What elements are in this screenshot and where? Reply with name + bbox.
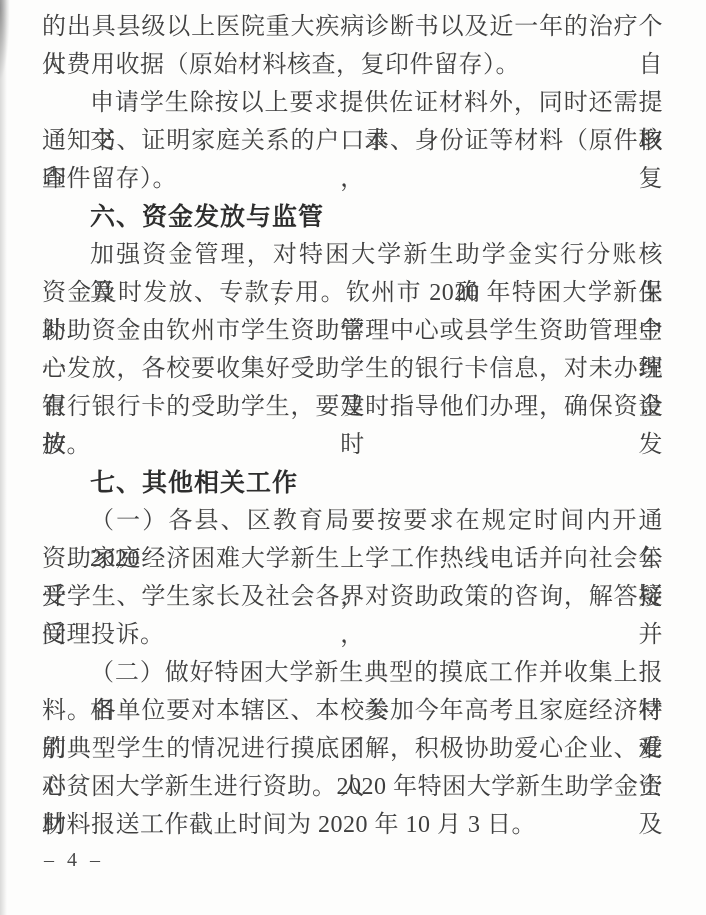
paragraph-first-line: 加强资金管理，对特困大学新生助学金实行分账核算，确保 [42,236,663,274]
paragraph-first-line: （二）做好特困大学新生典型的摸底工作并收集上报相关材 [42,654,663,692]
body-line: 对贫困大学新生进行资助。2020 年特困大学新生助学金资助及 [42,768,663,806]
section-heading-seven: 七、其他相关工作 [42,464,663,502]
scan-corner-smudge [0,0,10,80]
paragraph-first-line: 申请学生除按以上要求提供佐证材料外，同时还需提交录取 [42,84,663,122]
body-line: 补助资金由钦州市学生资助管理中心或县学生资助管理中心统 [42,312,663,350]
section-heading-six: 六、资金发放与监管 [42,198,663,236]
body-line: 的出具县级以上医院重大疾病诊断书以及近一年的治疗个人自 [42,8,663,46]
body-line: 资助家庭经济困难大学新生上学工作热线电话并向社会公开，接 [42,540,663,578]
body-line: 受学生、学生家长及社会各界对资助政策的咨询，解答疑问，并 [42,578,663,616]
paragraph-first-line: （一）各县、区教育局要按要求在规定时间内开通 2020 年 [42,502,663,540]
document-page: 的出具县级以上医院重大疾病诊断书以及近一年的治疗个人自 付费用收据（原始材料核查… [0,0,706,915]
body-line: 一发放，各校要收集好受助学生的银行卡信息，对未办理有建设 [42,350,663,388]
body-line: 料。各单位要对本辖区、本校参加今年高考且家庭经济特别困难 [42,692,663,730]
document-body: 的出具县级以上医院重大疾病诊断书以及近一年的治疗个人自 付费用收据（原始材料核查… [42,8,663,844]
body-line: 资金及时发放、专款专用。钦州市 2020 年特困大学新生助学金 [42,274,663,312]
body-line: 银行银行卡的受助学生，要及时指导他们办理，确保资金按时发 [42,388,663,426]
page-number: – 4 – [44,849,104,872]
body-line: 通知书、证明家庭关系的户口本、身份证等材料（原件核查，复 [42,122,663,160]
scan-edge-shadow [0,0,7,915]
body-line: 的典型学生的情况进行摸底了解，积极协助爱心企业、爱心人士 [42,730,663,768]
